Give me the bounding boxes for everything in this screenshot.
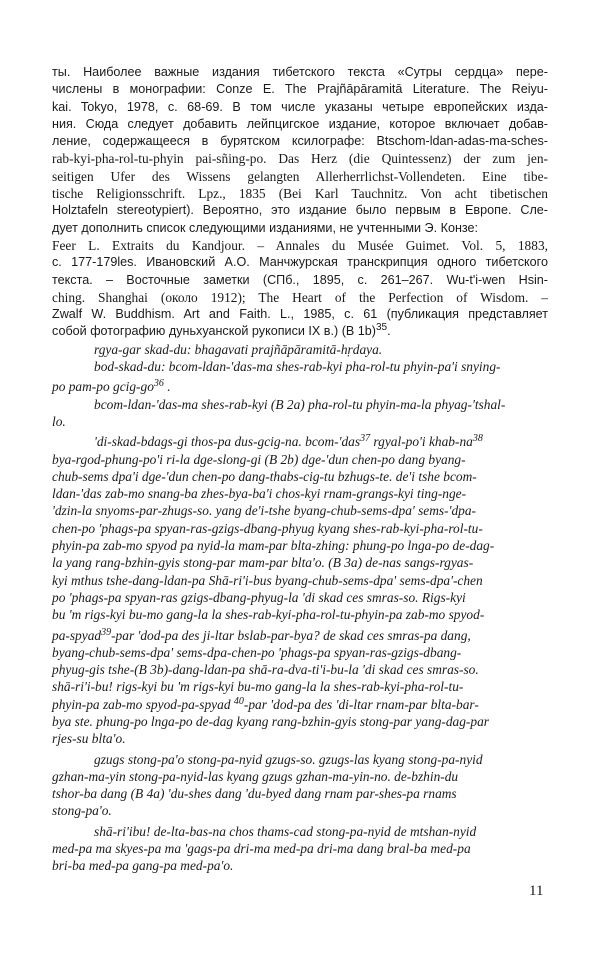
footnote-ref: 40 (234, 696, 244, 707)
text-line: bod-skad-du: bcom-ldan-'das-ma shes-rab-… (52, 358, 548, 375)
text-line: rgya-gar skad-du: bhagavati prajñāpārami… (52, 341, 548, 358)
text-line: byang-chub-sems-dpa' sems-dpa-chen-po 'p… (52, 644, 548, 661)
text-line: с. 177-179les. Ивановский А.О. Манчжурск… (52, 254, 548, 271)
text-line: lo. (52, 413, 548, 430)
page-number: 11 (529, 883, 543, 900)
text-line: tische Religionsschrift. Lpz., 1835 (Bei… (52, 185, 548, 202)
text-line: Zwalf W. Buddhism. Art and Faith. L., 19… (52, 306, 548, 323)
text-line: bcom-ldan-'das-ma shes-rab-kyi (B 2a) ph… (52, 396, 548, 413)
footnote-ref: 35 (376, 322, 387, 333)
page-body: ты. Наиболее важные издания тибетского т… (52, 64, 548, 875)
text-line: po 'phags-pa spyan-ras gzigs-dbang-phyug… (52, 589, 548, 606)
text-line: shā-ri'ibu! de-lta-bas-na chos thams-cad… (52, 823, 548, 840)
text-line: phyin-pa zab-mo spyod-pa-spyad 40-par 'd… (52, 696, 548, 713)
text-line: shā-ri'i-bu! rigs-kyi bu 'm rigs-kyi bu-… (52, 678, 548, 695)
text-line: 'di-skad-bdags-gi thos-pa dus-gcig-na. b… (52, 433, 548, 450)
text-line: ния. Сюда следует добавить лейпцигское и… (52, 116, 548, 133)
text-line: gzugs stong-pa'o stong-pa-nyid gzugs-so.… (52, 751, 548, 768)
text-span: po pam-po gcig-go (52, 379, 154, 394)
text-line: med-pa ma skyes-pa ma 'gags-pa dri-ma me… (52, 840, 548, 857)
text-line: числены в монографии: Conze E. The Prajñ… (52, 81, 548, 98)
text-line: kyi mthus tshe-dang-ldan-pa Shā-ri'i-bus… (52, 572, 548, 589)
text-span: 'di-skad-bdags-gi thos-pa dus-gcig-na. b… (94, 434, 360, 449)
footnote-paragraph: ты. Наиболее важные издания тибетского т… (52, 64, 548, 341)
footnote-ref: 36 (154, 378, 164, 389)
text-line: tshor-ba dang (B 4a) 'du-shes dang 'du-b… (52, 785, 548, 802)
text-line: ching. Shanghai (около 1912); The Heart … (52, 289, 548, 306)
text-line: дует дополнить список следующими издания… (52, 220, 548, 237)
text-span: rgyal-po'i khab-na (370, 434, 473, 449)
text-line: ление, содержащееся в бурятском ксилогра… (52, 133, 548, 150)
text-span: -par 'dod-pa des 'di-ltar rnam-par blta-… (244, 697, 479, 712)
footnote-ref: 38 (473, 433, 483, 444)
text-line: phyin-pa zab-mo spyod pa nyid-la mam-par… (52, 537, 548, 554)
text-line: ты. Наиболее важные издания тибетского т… (52, 64, 548, 81)
text-span: -par 'dod-pa des ji-ltar bslab-par-bya? … (111, 628, 471, 643)
text-line: ldan-'das zab-mo snang-ba zhes-bya-ba'i … (52, 485, 548, 502)
text-line: Feer L. Extraits du Kandjour. – Annales … (52, 237, 548, 254)
text-line: stong-pa'o. (52, 802, 548, 819)
text-line: po pam-po gcig-go36 . (52, 378, 548, 395)
text-line: pa-spyad39-par 'dod-pa des ji-ltar bslab… (52, 627, 548, 644)
text-line: la yang rang-bzhin-gyis stong-par mam-pa… (52, 554, 548, 571)
tibetan-text: rgya-gar skad-du: bhagavati prajñāpārami… (52, 341, 548, 875)
text-line: seitigen Ufer des Wissens gelangten Alle… (52, 168, 548, 185)
text-line: bya-rgod-phung-po'i ri-la dge-slong-gi (… (52, 451, 548, 468)
text-line: bya ste. phung-po lnga-po de-dag kyang r… (52, 713, 548, 730)
text-line: bu 'm rigs-kyi bu-mo gang-la la shes-rab… (52, 606, 548, 623)
text-span: phyin-pa zab-mo spyod-pa-spyad (52, 697, 234, 712)
text-line: собой фотографию дуньхуанской рукописи I… (52, 323, 548, 340)
text-span: pa-spyad (52, 628, 101, 643)
text-line: 'dzin-la snyoms-par-zhugs-so. yang de'i-… (52, 502, 548, 519)
footnote-ref: 39 (101, 627, 111, 638)
text-line: rab-kyi-pha-rol-tu-phyin pai-sñing-po. D… (52, 150, 548, 167)
text-line: phyug-gis tshe-(B 3b)-dang-ldan-pa shā-r… (52, 661, 548, 678)
footnote-ref: 37 (360, 433, 370, 444)
text-line: chen-po 'phags-pa spyan-ras-gzigs-dbang-… (52, 520, 548, 537)
text-line: gzhan-ma-yin stong-pa-nyid-las kyang gzu… (52, 768, 548, 785)
text-line: kai. Tokyo, 1978, с. 68-69. В том числе … (52, 99, 548, 116)
text-line: chub-sems dpa'i dge-'dun chen-po dang-th… (52, 468, 548, 485)
text-line: Holztafeln stereotypiert). Вероятно, это… (52, 202, 548, 219)
text-line: текста. – Восточные заметки (СПб., 1895,… (52, 272, 548, 289)
text-span: собой фотографию дуньхуанской рукописи I… (52, 324, 376, 338)
text-line: rjes-su blta'o. (52, 730, 548, 747)
text-line: bri-ba med-pa gang-pa med-pa'o. (52, 857, 548, 874)
